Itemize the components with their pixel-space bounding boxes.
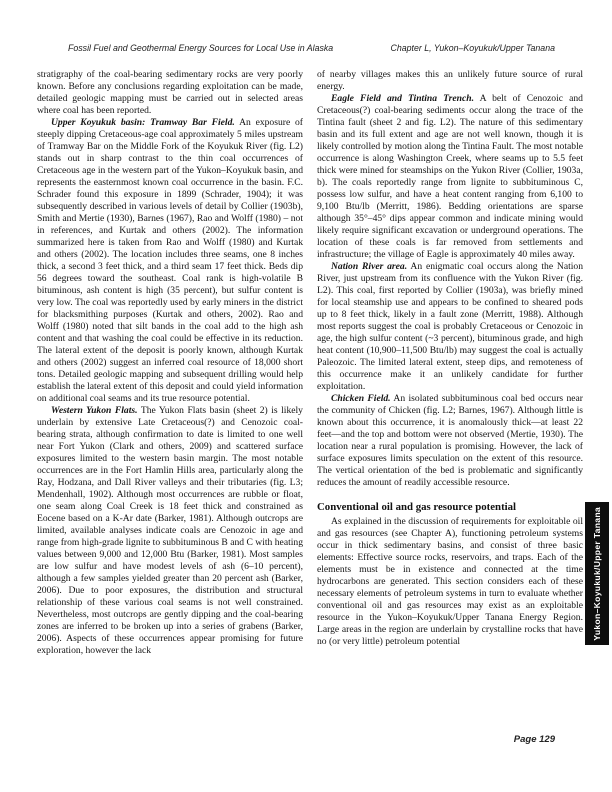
paragraph-text: The Yukon Flats basin (sheet 2) is likel… — [37, 405, 303, 656]
paragraph-text: An isolated subbituminous coal bed occur… — [317, 393, 583, 488]
column-right: of nearby villages makes this an unlikel… — [317, 69, 583, 657]
page-body: stratigraphy of the coal-bearing sedimen… — [37, 69, 583, 657]
section-heading: Conventional oil and gas resource potent… — [317, 501, 583, 514]
paragraph-lead: Eagle Field and Tintina Trench. — [331, 93, 474, 104]
page-number: Page 129 — [514, 734, 555, 745]
paragraph-text: of nearby villages makes this an unlikel… — [317, 69, 583, 92]
running-title: Fossil Fuel and Geothermal Energy Source… — [68, 43, 333, 53]
paragraph-western-yukon-flats: Western Yukon Flats. The Yukon Flats bas… — [37, 405, 303, 657]
chapter-side-tab-label: Yukon–Koyukuk/Upper Tanana — [592, 507, 602, 641]
chapter-title: Chapter L, Yukon–Koyukuk/Upper Tanana — [391, 43, 556, 53]
column-left: stratigraphy of the coal-bearing sedimen… — [37, 69, 303, 657]
paragraph-text: An exposure of steeply dipping Cretaceou… — [37, 117, 303, 404]
paragraph-lead: Upper Koyukuk basin: Tramway Bar Field. — [51, 117, 235, 128]
paragraph-text: As explained in the discussion of requir… — [317, 516, 583, 647]
paragraph-nation-river: Nation River area. An enigmatic coal occ… — [317, 261, 583, 393]
paragraph-lead: Western Yukon Flats. — [51, 405, 138, 416]
paragraph-text: stratigraphy of the coal-bearing sedimen… — [37, 69, 303, 116]
paragraph-lead: Chicken Field. — [331, 393, 391, 404]
paragraph-continuation: of nearby villages makes this an unlikel… — [317, 69, 583, 93]
paragraph-upper-koyukuk: Upper Koyukuk basin: Tramway Bar Field. … — [37, 117, 303, 405]
chapter-side-tab: Yukon–Koyukuk/Upper Tanana — [585, 502, 609, 645]
report-page: { "header": { "left": "Fossil Fuel and G… — [0, 0, 612, 792]
paragraph-lead: Nation River area. — [331, 261, 407, 272]
paragraph-text: An enigmatic coal occurs along the Natio… — [317, 261, 583, 392]
paragraph-chicken-field: Chicken Field. An isolated subbituminous… — [317, 393, 583, 489]
paragraph-continuation: stratigraphy of the coal-bearing sedimen… — [37, 69, 303, 117]
paragraph-eagle-field: Eagle Field and Tintina Trench. A belt o… — [317, 93, 583, 261]
paragraph-oil-gas-intro: As explained in the discussion of requir… — [317, 516, 583, 648]
paragraph-text: A belt of Cenozoic and Cretaceous(?) coa… — [317, 93, 583, 260]
page-header: Fossil Fuel and Geothermal Energy Source… — [68, 43, 555, 53]
